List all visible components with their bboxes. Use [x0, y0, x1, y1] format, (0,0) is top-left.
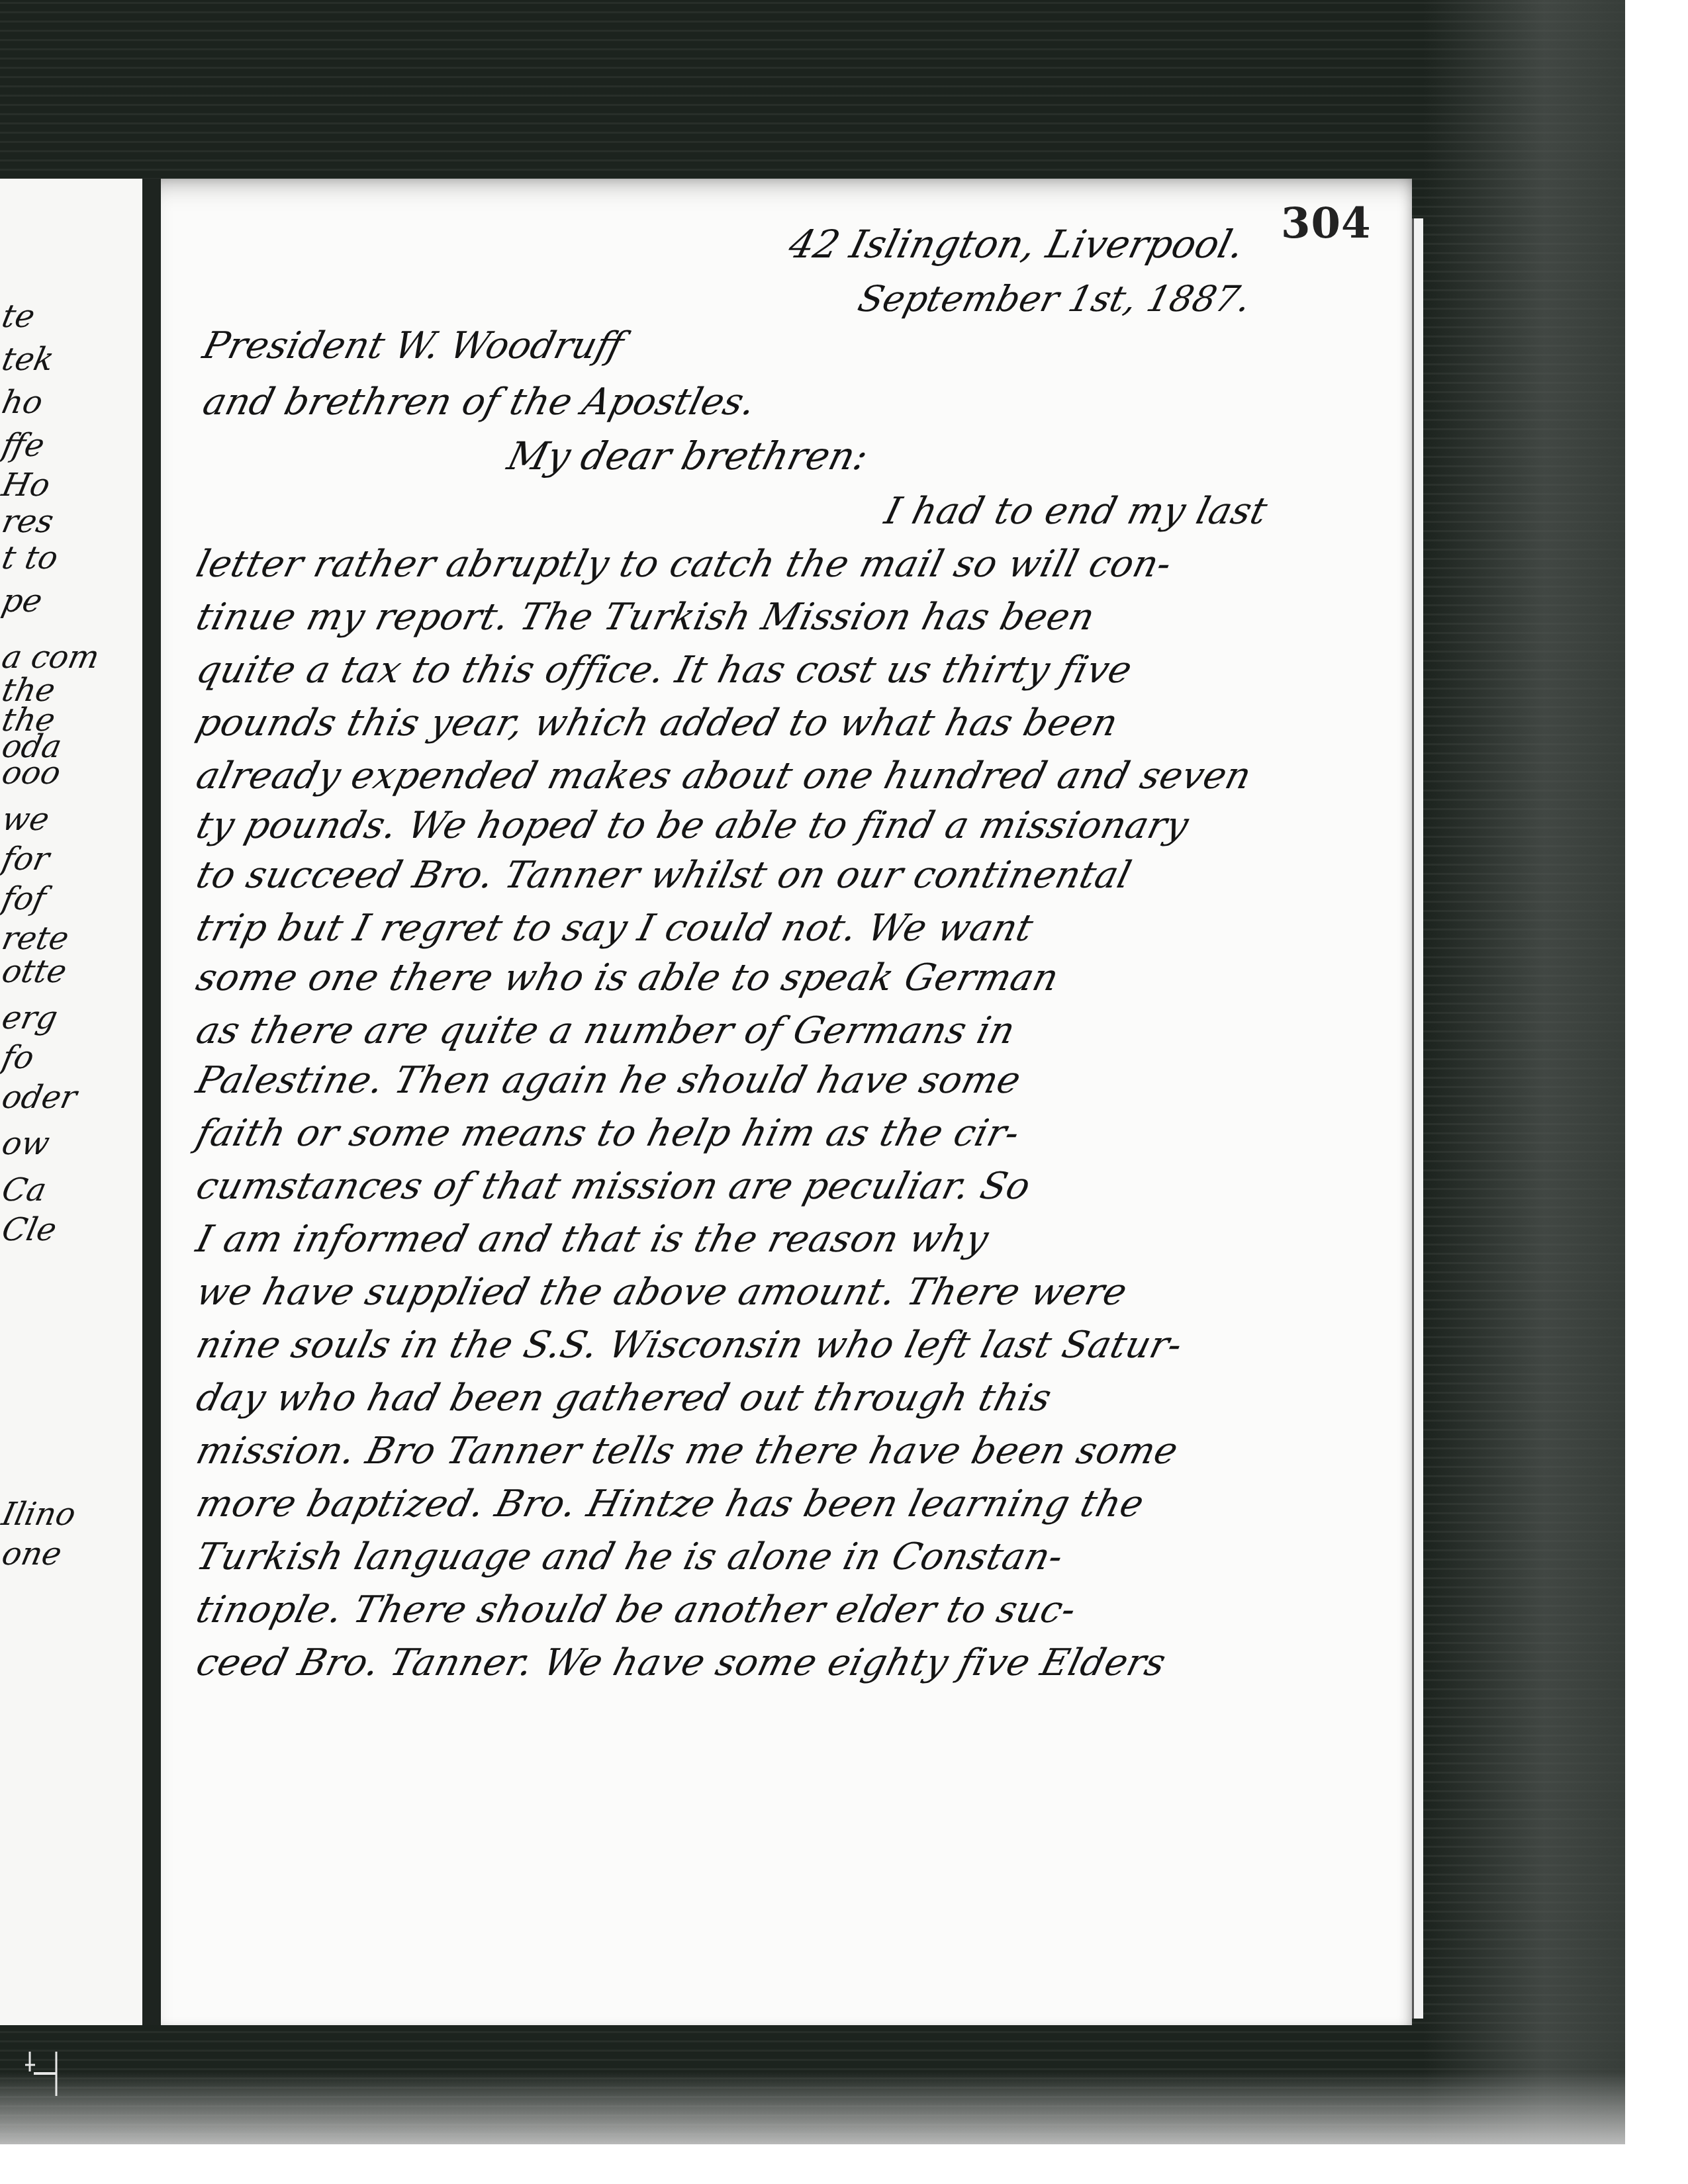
body-line: quite a tax to this office. It has cost … [192, 649, 1137, 692]
left-page-fragment: Ho [0, 467, 54, 504]
left-page-fragment: pe [0, 582, 46, 619]
body-line: day who had been gathered out through th… [192, 1377, 1056, 1420]
body-line: nine souls in the S.S. Wisconsin who lef… [192, 1324, 1187, 1367]
left-page-fragment: t to [0, 539, 62, 576]
body-line: some one there who is able to speak Germ… [192, 956, 1063, 999]
scanner-background-fade-bottom [0, 2071, 1625, 2144]
recipient-line: and brethren of the Apostles. [199, 381, 760, 424]
left-page-fragment: te [0, 298, 38, 335]
body-line: already expended makes about one hundred… [192, 754, 1256, 797]
left-page-fragment: rete [0, 920, 72, 957]
body-line: tinople. There should be another elder t… [192, 1588, 1080, 1631]
body-line: I am informed and that is the reason why [192, 1218, 993, 1261]
body-line: to succeed Bro. Tanner whilst on our con… [192, 854, 1136, 897]
left-page-fragment: Ca [0, 1171, 50, 1208]
body-line: Palestine. Then again he should have som… [192, 1059, 1025, 1102]
left-page-fragment: tek [0, 341, 58, 378]
left-page-fragment: fof [0, 880, 49, 917]
left-page-fragment: Ilino [0, 1496, 79, 1533]
body-line: tinue my report. The Turkish Mission has… [192, 596, 1099, 639]
adjacent-left-page: te tek ho ffe Ho res t to pe a com the t… [0, 179, 142, 2025]
binding-gutter [142, 179, 161, 2025]
scan-margin-right [1625, 0, 1688, 2184]
left-page-fragment: ho [0, 384, 46, 421]
body-line: pounds this year, which added to what ha… [192, 702, 1123, 745]
left-page-fragment: one [0, 1535, 65, 1572]
left-page-fragment: for [0, 841, 53, 878]
page-number: 304 [1281, 199, 1372, 248]
page-edge [1412, 218, 1423, 2019]
left-page-fragment: res [0, 503, 57, 540]
left-page-fragment: ffe [0, 427, 48, 464]
left-page-fragment: ooo [0, 754, 64, 792]
scan-margin-bottom [0, 2144, 1688, 2184]
body-line: letter rather abruptly to catch the mail… [192, 543, 1176, 586]
body-line: ceed Bro. Tanner. We have some eighty fi… [192, 1641, 1170, 1684]
left-page-fragment: erg [0, 999, 61, 1036]
left-page-fragment: oder [0, 1079, 80, 1116]
left-page-fragment: a com [0, 639, 103, 676]
left-page-fragment: Cle [0, 1211, 60, 1248]
body-line: faith or some means to help him as the c… [192, 1112, 1024, 1155]
left-page-fragment: ow [0, 1125, 53, 1162]
body-line: more baptized. Bro. Hintze has been lear… [192, 1482, 1149, 1525]
letter-date: September 1st, 1887. [854, 278, 1255, 320]
body-line: Turkish language and he is alone in Cons… [192, 1535, 1068, 1578]
body-line: as there are quite a number of Germans i… [192, 1009, 1019, 1052]
corner-mark-icon [23, 2048, 63, 2098]
left-page-fragment: fo [0, 1039, 38, 1076]
left-page-fragment: we [0, 801, 52, 838]
body-line: cumstances of that mission are peculiar.… [192, 1165, 1035, 1208]
left-page-fragment: otte [0, 953, 70, 990]
body-line: ty pounds. We hoped to be able to find a… [192, 804, 1193, 847]
letter-address: 42 Islington, Liverpool. [784, 222, 1249, 267]
body-line: I had to end my last [880, 490, 1272, 533]
body-line: mission. Bro Tanner tells me there have … [192, 1430, 1182, 1473]
body-line: trip but I regret to say I could not. We… [192, 907, 1038, 950]
scanner-background-fade [1423, 0, 1625, 2144]
greeting: My dear brethren: [503, 433, 873, 478]
body-line: we have supplied the above amount. There… [192, 1271, 1131, 1314]
recipient-line: President W. Woodruff [199, 324, 628, 367]
